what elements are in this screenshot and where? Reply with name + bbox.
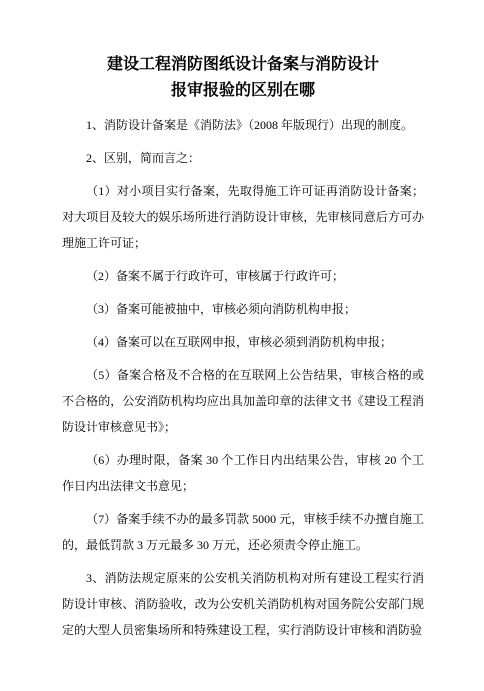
- paragraph: （3）备案可能被抽中，审核必须向消防机构申报；: [62, 296, 424, 322]
- document-body: 1、消防设计备案是《消防法》（2008 年版现行）出现的制度。2、区别，简而言之…: [62, 112, 424, 643]
- document-title-line-2: 报审报验的区别在哪: [171, 82, 315, 99]
- paragraph: （2）备案不属于行政许可，审核属于行政许可；: [62, 263, 424, 289]
- paragraph: （1）对小项目实行备案，先取得施工许可证再消防设计备案；对大项目及较大的娱乐场所…: [62, 178, 424, 256]
- paragraph: 2、区别，简而言之：: [62, 145, 424, 171]
- paragraph: （7）备案手续不办的最多罚款 5000 元，审核手续不办擅自施工的，最低罚款 3…: [62, 506, 424, 558]
- document-title: 建设工程消防图纸设计备案与消防设计 报审报验的区别在哪: [62, 52, 424, 104]
- paragraph: 3、消防法规定原来的公安机关消防机构对所有建设工程实行消防设计审核、消防验收，改…: [62, 565, 424, 643]
- document-page: 建设工程消防图纸设计备案与消防设计 报审报验的区别在哪 1、消防设计备案是《消防…: [0, 0, 484, 691]
- paragraph: 1、消防设计备案是《消防法》（2008 年版现行）出现的制度。: [62, 112, 424, 138]
- paragraph: （5）备案合格及不合格的在互联网上公告结果，审核合格的或不合格的，公安消防机构均…: [62, 362, 424, 440]
- document-title-line-1: 建设工程消防图纸设计备案与消防设计: [107, 56, 379, 73]
- paragraph: （4）备案可以在互联网申报，审核必须到消防机构申报；: [62, 329, 424, 355]
- paragraph: （6）办理时限，备案 30 个工作日内出结果公告，审核 20 个工作日内出法律文…: [62, 447, 424, 499]
